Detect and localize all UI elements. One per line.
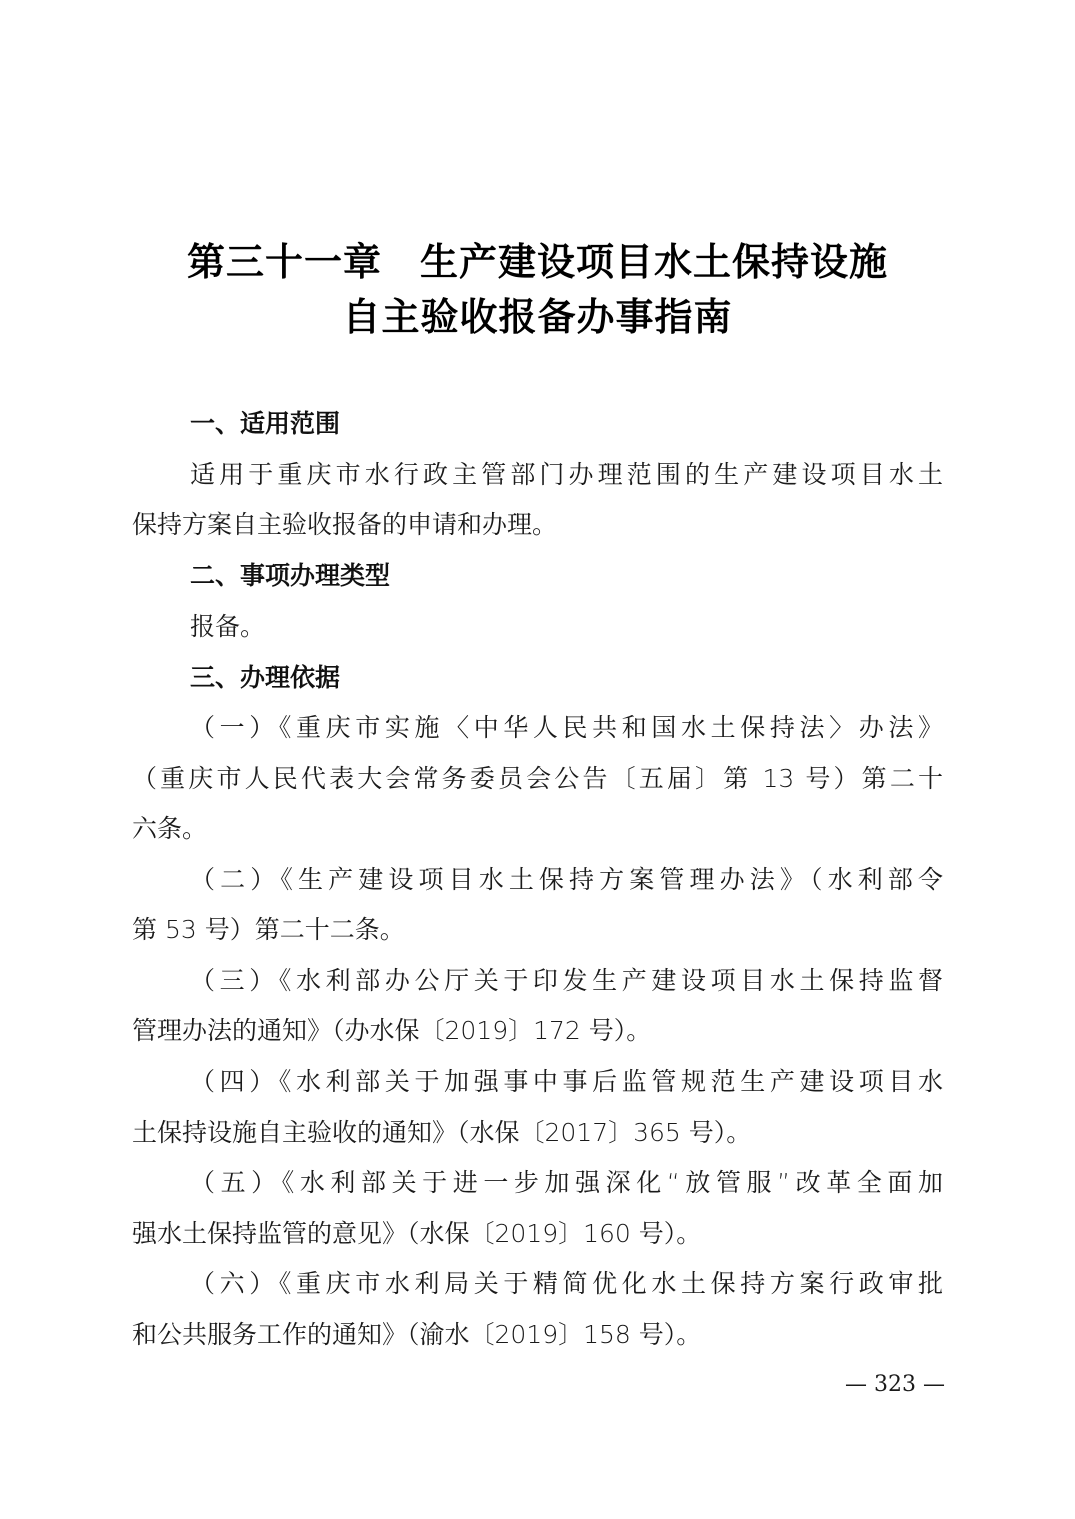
section-heading-type: 二、事项办理类型 [190,559,390,593]
paragraph-line: 报备。 [190,610,265,644]
section-heading-basis: 三、办理依据 [190,661,340,695]
chapter-number: 第三十一章 [187,239,382,284]
text-line: （四）《水利部关于加强事中事后监管规范生产建设项目水 [190,1065,943,1099]
basis-item-5-line-1: （五）《水利部关于进一步加强深化“放管服”改革全面加 [190,1166,943,1200]
text-line: （三）《水利部办公厅关于印发生产建设项目水土保持监督 [190,964,943,998]
section-heading-scope: 一、适用范围 [190,407,340,441]
basis-item-1-line-3: 六条。 [132,812,207,846]
basis-item-4-line-2: 土保持设施自主验收的通知》（水保〔2017〕365 号）。 [132,1116,751,1150]
basis-item-6-line-1: （六）《重庆市水利局关于精简优化水土保持方案行政审批 [190,1267,943,1301]
text-line: （五）《水利部关于进一步加强深化“放管服”改革全面加 [190,1166,943,1200]
text-line: （重庆市人民代表大会常务委员会公告〔五届〕第 13 号）第二十 [132,762,943,796]
text-line: 适用于重庆市水行政主管部门办理范围的生产建设项目水土 [190,458,943,492]
paragraph-line: 保持方案自主验收报备的申请和办理。 [132,508,557,542]
document-page: 第三十一章生产建设项目水土保持设施 自主验收报备办事指南 一、适用范围 适用于重… [0,0,1075,1519]
text-line: （六）《重庆市水利局关于精简优化水土保持方案行政审批 [190,1267,943,1301]
basis-item-3-line-1: （三）《水利部办公厅关于印发生产建设项目水土保持监督 [190,964,943,998]
chapter-title-line-1: 第三十一章生产建设项目水土保持设施 [0,236,1075,288]
page-number: — 323 — [845,1370,945,1400]
text-line: （一）《重庆市实施〈中华人民共和国水土保持法〉办法》 [190,711,943,745]
basis-item-6-line-2: 和公共服务工作的通知》（渝水〔2019〕158 号）。 [132,1318,701,1352]
chapter-subject: 生产建设项目水土保持设施 [420,239,888,284]
basis-item-1-line-2: （重庆市人民代表大会常务委员会公告〔五届〕第 13 号）第二十 [132,762,943,796]
basis-item-2-line-1: （二）《生产建设项目水土保持方案管理办法》（水利部令 [190,863,943,897]
paragraph-line: 适用于重庆市水行政主管部门办理范围的生产建设项目水土 [190,458,943,492]
basis-item-1-line-1: （一）《重庆市实施〈中华人民共和国水土保持法〉办法》 [190,711,943,745]
basis-item-3-line-2: 管理办法的通知》（办水保〔2019〕172 号）。 [132,1014,651,1048]
basis-item-4-line-1: （四）《水利部关于加强事中事后监管规范生产建设项目水 [190,1065,943,1099]
basis-item-2-line-2: 第 53 号）第二十二条。 [132,913,405,947]
basis-item-5-line-2: 强水土保持监管的意见》（水保〔2019〕160 号）。 [132,1217,701,1251]
chapter-title-line-2: 自主验收报备办事指南 [0,291,1075,343]
text-line: （二）《生产建设项目水土保持方案管理办法》（水利部令 [190,863,943,897]
